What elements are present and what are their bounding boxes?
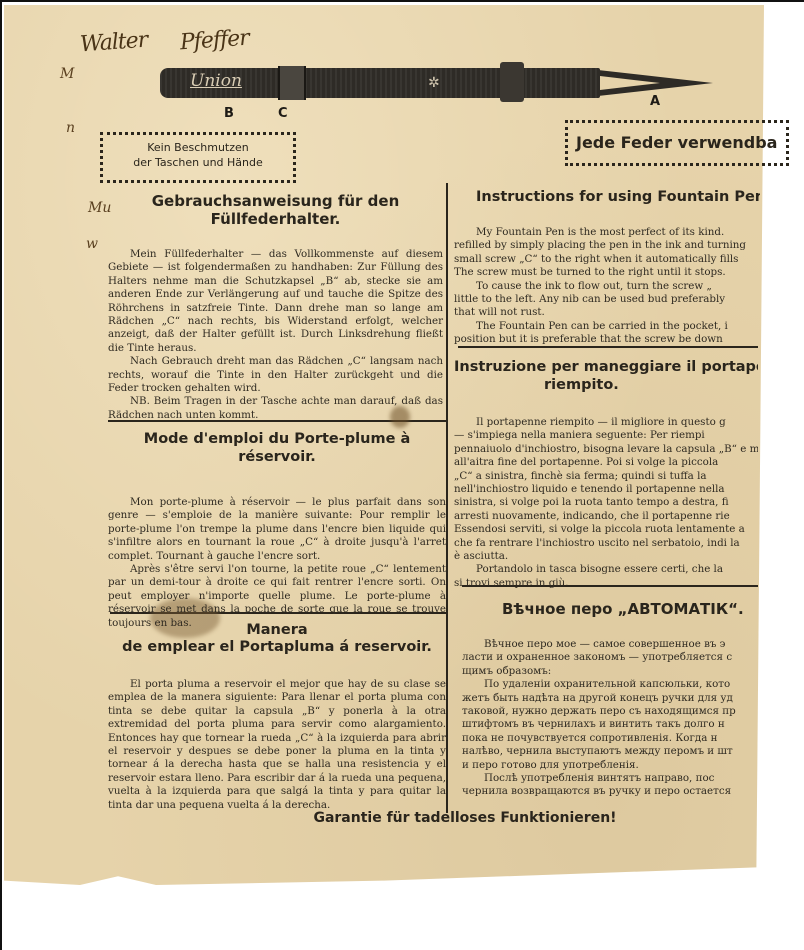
section-french: Mode d'emploi du Porte-plume à réservoir…: [108, 430, 446, 630]
text-line: that will not rust.: [454, 306, 760, 319]
text-line: жетъ быть надѣта на другой конецъ ручки …: [462, 692, 758, 705]
text-line: arresti nuovamente, indicando, che il po…: [454, 510, 758, 523]
paragraph-lines: Вѣчное перо мое — самое совершенное въ э…: [462, 638, 758, 799]
text-line: налѣво, чернила выступаютъ между перомъ …: [462, 745, 758, 758]
text-line: si trovi sempre in giù.: [454, 577, 758, 590]
signature-first-name: Walter: [79, 28, 148, 58]
pen-nib-opening: [600, 76, 660, 90]
text-line: „C“ a sinistra, finchè sia ferma; quindi…: [454, 470, 758, 483]
paragraph: Mon porte-plume à réservoir — le plus pa…: [108, 496, 446, 563]
text-line: è asciutta.: [454, 550, 758, 563]
text-line: ласти и охраненное закономъ — употребляе…: [462, 651, 758, 664]
slogan-box-any-nib: Jede Feder verwendba: [565, 120, 789, 166]
text-line: пока не почувствуется сопротивленія. Ког…: [462, 732, 758, 745]
text-line: чернила возвращаются въ ручку и перо ост…: [462, 785, 758, 798]
title-line: de emplear el Portapluma á reservoir.: [122, 639, 432, 655]
text-line: To cause the ink to flow out, turn the s…: [454, 280, 760, 293]
title-line: riempito.: [454, 377, 619, 393]
margin-mark: M: [60, 66, 74, 82]
text-line: щимъ образомъ:: [462, 665, 758, 678]
title-line: Füllfederhalter.: [211, 210, 341, 228]
margin-mark: n: [66, 120, 75, 136]
section-title: Instruzione per maneggiare il portape ri…: [454, 358, 758, 394]
text-line: Вѣчное перо мое — самое совершенное въ э: [462, 638, 758, 651]
section-spanish: Manera de emplear el Portapluma á reserv…: [108, 622, 446, 812]
section-title: Instructions for using Fountain Pen.: [454, 188, 760, 206]
paragraph: El porta pluma a reservoir el mejor que …: [108, 678, 446, 812]
scan-border-left: [0, 0, 2, 950]
title-line: Gebrauchsanweisung für den: [152, 192, 400, 210]
text-line: Portandolo in tasca bisogne essere certi…: [454, 563, 758, 576]
signature-last-name: Pfeffer: [179, 26, 249, 56]
text-line: che fa rentrare l'inchiostro uscito nel …: [454, 537, 758, 550]
section-title: Gebrauchsanweisung für den Füllfederhalt…: [108, 192, 443, 228]
text-line: — s'impiega nella maniera seguente: Per …: [454, 429, 758, 442]
pen-label-b: B: [224, 106, 234, 121]
paragraph: NB. Beim Tragen in der Tasche achte man …: [108, 395, 443, 422]
guarantee-footer: Garantie für tadelloses Funktionieren!: [250, 810, 680, 826]
margin-mark: w: [86, 236, 98, 252]
text-line: Essendosi serviti, si volge la piccola r…: [454, 523, 758, 536]
pen-collar: [500, 62, 524, 102]
pen-brand-text: Union: [190, 71, 242, 91]
section-title: Mode d'emploi du Porte-plume à réservoir…: [108, 430, 446, 466]
section-german: Gebrauchsanweisung für den Füllfederhalt…: [108, 192, 443, 422]
slogan-box-clean-pockets: Kein Beschmutzen der Taschen und Hände: [100, 132, 296, 183]
paragraph: Nach Gebrauch dreht man das Rädchen „C“ …: [108, 355, 443, 395]
column-divider: [446, 183, 448, 813]
text-line: position but it is preferable that the s…: [454, 333, 760, 346]
fountain-pen-illustration: Union ✲: [160, 62, 715, 107]
text-line: штифтомъ въ чернилахъ и винтить такъ дол…: [462, 718, 758, 731]
paragraph: Après s'être servi l'on tourne, la petit…: [108, 563, 446, 630]
text-line: таковой, нужно держать перо съ находящим…: [462, 705, 758, 718]
section-russian: Вѣчное перо „АВТОМАТІК“. Вѣчное перо мое…: [462, 600, 758, 799]
text-line: sinistra, si volge poi la ruota tanto te…: [454, 496, 758, 509]
text-line: all'aitra fine del portapenne. Poi si vo…: [454, 456, 758, 469]
text-line: По удаленіи охранительной капсюльки, кот…: [462, 678, 758, 691]
star-emblem-icon: ✲: [428, 75, 440, 91]
pen-label-c: C: [278, 106, 288, 121]
title-line: Manera: [246, 622, 307, 638]
text-line: The screw must be turned to the right un…: [454, 266, 760, 279]
text-line: pennaiuolo d'inchiostro, bisogna levare …: [454, 443, 758, 456]
pen-screw-ring: [278, 66, 306, 100]
paragraph-lines: Il portapenne riempito — il migliore in …: [454, 416, 758, 590]
section-title: Manera de emplear el Portapluma á reserv…: [108, 622, 446, 656]
text-line: little to the left. Any nib can be used …: [454, 293, 760, 306]
text-line: и перо готово для употребленія.: [462, 759, 758, 772]
section-english: Instructions for using Fountain Pen. My …: [454, 188, 760, 347]
scan-border-top: [0, 0, 804, 2]
text-line: My Fountain Pen is the most perfect of i…: [454, 226, 760, 239]
pen-label-a: A: [650, 94, 660, 109]
paragraph-lines: My Fountain Pen is the most perfect of i…: [454, 226, 760, 347]
text-line: The Fountain Pen can be carried in the p…: [454, 320, 760, 333]
text-line: Послѣ употребленія винтятъ направо, пос: [462, 772, 758, 785]
title-line: Instruzione per maneggiare il portape: [454, 359, 758, 375]
text-line: Il portapenne riempito — il migliore in …: [454, 416, 758, 429]
text-line: small screw „C“ to the right when it aut…: [454, 253, 760, 266]
paragraph: Mein Füllfederhalter — das Vollkommenste…: [108, 248, 443, 355]
section-italian: Instruzione per maneggiare il portape ri…: [454, 358, 758, 590]
slogan-line: Kein Beschmutzen: [103, 140, 293, 155]
text-line: refilled by simply placing the pen in th…: [454, 239, 760, 252]
section-title: Вѣчное перо „АВТОМАТІК“.: [462, 600, 758, 618]
slogan-line: der Taschen und Hände: [103, 155, 293, 170]
text-line: nell'inchiostro liquido e tenendo il por…: [454, 483, 758, 496]
